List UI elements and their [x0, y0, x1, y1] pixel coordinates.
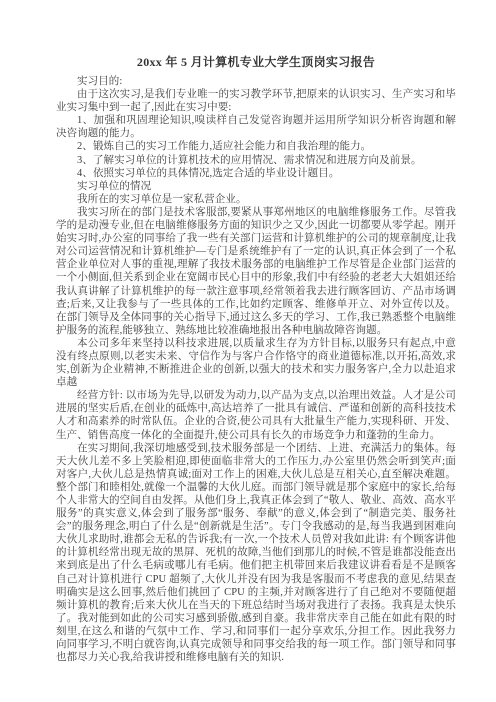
body-paragraph-department: 我实习所在的部门是技术客服部,要紧从事郑州地区的电脑维修服务工作。尽管我学的是动… [56, 206, 456, 337]
document-body: 实习目的: 由于这次实习,是我们专业唯一的实习教学环节,把原来的认识实习、生产实… [56, 75, 456, 664]
body-paragraph-experience: 在实习期间,我深切地感受到,技术服务部是一个团结、上进、充满活力的集体。每天大伙… [56, 442, 456, 665]
document-title: 20xx 年 5 月计算机专业大学生顶岗实习报告 [56, 55, 456, 69]
body-paragraph-unit-heading: 实习单位的情况 [56, 180, 456, 193]
body-paragraph-intro: 由于这次实习,是我们专业唯一的实习教学环节,把原来的认识实习、生产实习和毕业实习… [56, 88, 456, 114]
body-paragraph-company-principle: 本公司多年来坚持以科技求进展,以质量求生存为方针目标,以服务只有起点,中意没有终… [56, 337, 456, 389]
body-paragraph-item-1: 1、加强和巩固理论知识,嗅读样自己发觉咨询题并运用所学知识分析咨询题和解决咨询题… [56, 114, 456, 140]
body-paragraph-item-3: 3、了解实习单位的计算机技术的应用情况、需求情况和进展方向及前景。 [56, 154, 456, 167]
body-paragraph-business-policy: 经营方针: 以市场为先导,以研发为动力,以产品为支点,以治理出效益。人才是公司进… [56, 389, 456, 441]
body-paragraph-item-4: 4、依照实习单位的具体情况,选定合适的毕业设计题目。 [56, 167, 456, 180]
body-paragraph-purpose-heading: 实习目的: [56, 75, 456, 88]
document-page: 20xx 年 5 月计算机专业大学生顶岗实习报告 实习目的: 由于这次实习,是我… [0, 0, 496, 702]
body-paragraph-item-2: 2、锻炼自己的实习工作能力,适应社会能力和自我治理的能力。 [56, 140, 456, 153]
body-paragraph-unit-type: 我所在的实习单位是一家私营企业。 [56, 193, 456, 206]
